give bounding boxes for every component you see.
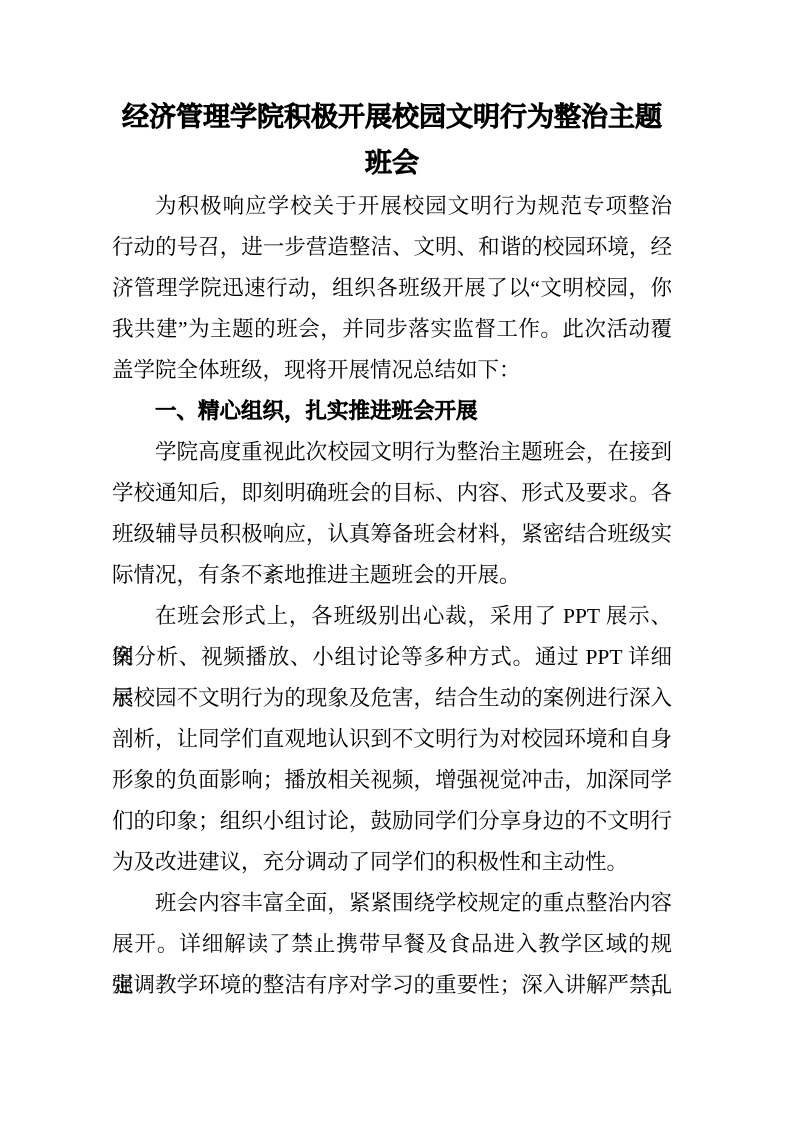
title-line-2: 班会 xyxy=(112,140,672,186)
body-text-line: 班级辅导员积极响应，认真筹备班会材料，紧密结合班级实 xyxy=(112,514,672,555)
body-text-line: 为积极响应学校关于开展校园文明行为规范专项整治 xyxy=(112,186,672,227)
body-text-line: 形象的负面影响；播放相关视频，增强视觉冲击，加深同学 xyxy=(112,760,672,801)
document-body: 为积极响应学校关于开展校园文明行为规范专项整治行动的号召，进一步营造整洁、文明、… xyxy=(112,186,672,1006)
body-text-line: 剖析，让同学们直观地认识到不文明行为对校园环境和自身 xyxy=(112,719,672,760)
body-text-line: 际情况，有条不紊地推进主题班会的开展。 xyxy=(112,555,672,596)
body-text-line: 班会内容丰富全面，紧紧围绕学校规定的重点整治内容 xyxy=(112,883,672,924)
body-text-line: 行动的号召，进一步营造整洁、文明、和谐的校园环境，经 xyxy=(112,227,672,268)
body-text-line: 强调教学环境的整洁有序对学习的重要性；深入讲解严禁乱 xyxy=(112,965,672,1006)
body-text-line: 们的印象；组织小组讨论，鼓励同学们分享身边的不文明行 xyxy=(112,801,672,842)
body-text-line: 学院高度重视此次校园文明行为整治主题班会，在接到 xyxy=(112,432,672,473)
body-text-line: 学校通知后，即刻明确班会的目标、内容、形式及要求。各 xyxy=(112,473,672,514)
body-text-line: 为及改进建议，充分调动了同学们的积极性和主动性。 xyxy=(112,842,672,883)
document-page: 经济管理学院积极开展校园文明行为整治主题 班会 为积极响应学校关于开展校园文明行… xyxy=(0,0,793,1122)
title-line-1: 经济管理学院积极开展校园文明行为整治主题 xyxy=(112,94,672,140)
body-text-line: 我共建”为主题的班会，并同步落实监督工作。此次活动覆 xyxy=(112,309,672,350)
body-text-line: 例分析、视频播放、小组讨论等多种方式。通过 PPT 详细展 xyxy=(112,637,672,678)
body-text-line: 济管理学院迅速行动，组织各班级开展了以“文明校园，你 xyxy=(112,268,672,309)
body-text-line: 示校园不文明行为的现象及危害，结合生动的案例进行深入 xyxy=(112,678,672,719)
body-text-line: 展开。详细解读了禁止携带早餐及食品进入教学区域的规定， xyxy=(112,924,672,965)
section-heading: 一、精心组织，扎实推进班会开展 xyxy=(112,391,672,432)
body-text-line: 在班会形式上，各班级别出心裁，采用了 PPT 展示、案 xyxy=(112,596,672,637)
body-text-line: 盖学院全体班级，现将开展情况总结如下： xyxy=(112,350,672,391)
document-title: 经济管理学院积极开展校园文明行为整治主题 班会 xyxy=(112,94,672,186)
